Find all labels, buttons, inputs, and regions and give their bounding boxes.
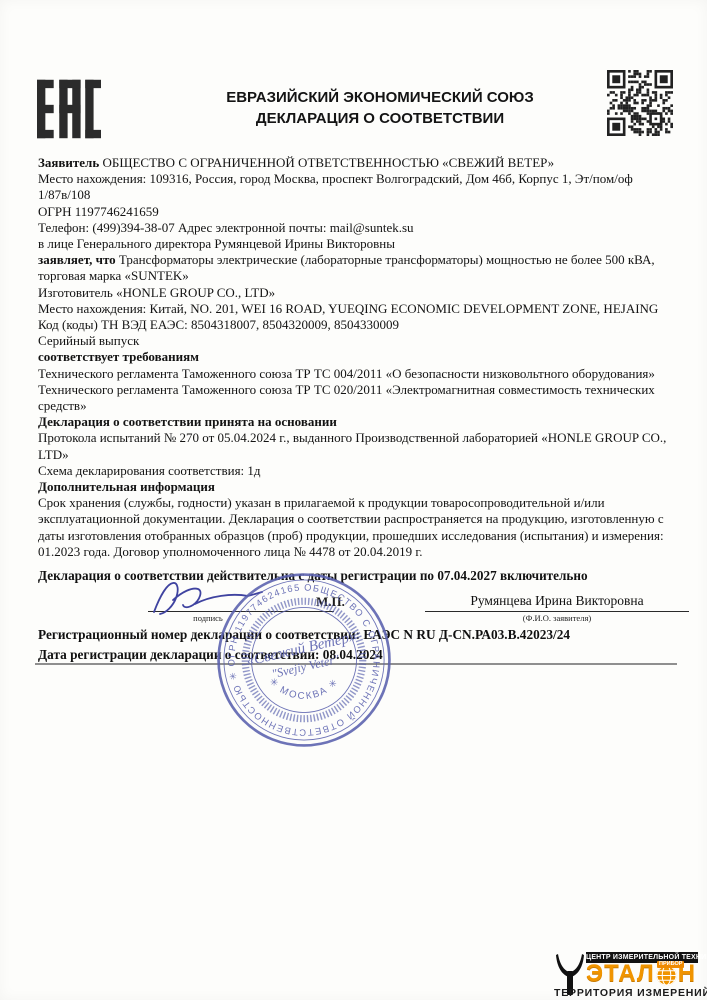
basis-heading: Декларация о соответствии принята на осн… [38, 414, 677, 430]
serial-production-line: Серийный выпуск [38, 333, 677, 349]
manufacturer-line: Изготовитель «HONLE GROUP CO., LTD» [38, 285, 677, 301]
applicant-fio: Румянцева Ирина Викторовна [425, 593, 689, 609]
registration-date-line: Дата регистрации декларации о соответств… [38, 645, 677, 665]
qr-code-icon [607, 70, 673, 136]
tr-ts-004-line: Технического регламента Таможенного союз… [38, 366, 677, 382]
declaration-document: ЕВРАЗИЙСКИЙ ЭКОНОМИЧЕСКИЙ СОЮЗ ДЕКЛАРАЦИ… [0, 0, 707, 1000]
director-line: в лице Генерального директора Румянцевой… [38, 236, 677, 252]
etalon-logo: ЦЕНТР ИЗМЕРИТЕЛЬНОЙ ТЕХНИКИ ЭТАЛ Н ПРИБО… [554, 950, 698, 998]
mp-label: М.П. [316, 594, 345, 610]
product-declaration-line: заявляет, что Трансформаторы электрическ… [38, 252, 677, 284]
registration-block: Регистрационный номер декларации о соотв… [38, 625, 677, 664]
applicant-address-line: Место нахождения: 109316, Россия, город … [38, 171, 677, 203]
applicant-line: Заявитель ОБЩЕСТВО С ОГРАНИЧЕННОЙ ОТВЕТС… [38, 155, 677, 171]
scheme-line: Схема декларирования соответствия: 1д [38, 463, 677, 479]
requirements-heading: соответствует требованиям [38, 349, 677, 365]
registration-number-line: Регистрационный номер декларации о соотв… [38, 625, 677, 645]
additional-info-text: Срок хранения (службы, годности) указан … [38, 495, 677, 560]
additional-info-heading: Дополнительная информация [38, 479, 677, 495]
test-report-line: Протокола испытаний № 270 от 05.04.2024 … [38, 430, 677, 462]
manufacturer-address-line: Место нахождения: Китай, NO. 201, WEI 16… [38, 301, 677, 317]
pribor-badge: ПРИБОР [657, 961, 684, 968]
etalon-tagline: ТЕРРИТОРИЯ ИЗМЕРЕНИЙ [554, 987, 698, 999]
tr-ts-020-line: Технического регламента Таможенного союз… [38, 382, 677, 414]
fio-caption: (Ф.И.О. заявителя) [425, 613, 689, 623]
title-line-2: ДЕКЛАРАЦИЯ О СООТВЕТСТВИИ [160, 108, 600, 129]
fio-line [425, 611, 689, 612]
ogrn-line: ОГРН 1197746241659 [38, 204, 677, 220]
document-body: Заявитель ОБЩЕСТВО С ОГРАНИЧЕННОЙ ОТВЕТС… [38, 155, 677, 560]
eac-mark-icon [37, 79, 101, 143]
title-line-1: ЕВРАЗИЙСКИЙ ЭКОНОМИЧЕСКИЙ СОЮЗ [160, 87, 600, 108]
stamp-city-text: ✳ МОСКВА ✳ [267, 676, 342, 702]
document-title: ЕВРАЗИЙСКИЙ ЭКОНОМИЧЕСКИЙ СОЮЗ ДЕКЛАРАЦИ… [160, 87, 600, 129]
validity-line: Декларация о соответствии действительна … [38, 568, 677, 584]
svg-text:✳ МОСКВА ✳: ✳ МОСКВА ✳ [267, 676, 342, 702]
brand-left: ЭТАЛ [586, 960, 655, 988]
tnved-codes-line: Код (коды) ТН ВЭД ЕАЭС: 8504318007, 8504… [38, 317, 677, 333]
signature-stroke [140, 578, 290, 620]
contacts-line: Телефон: (499)394-38-07 Адрес электронно… [38, 220, 677, 236]
